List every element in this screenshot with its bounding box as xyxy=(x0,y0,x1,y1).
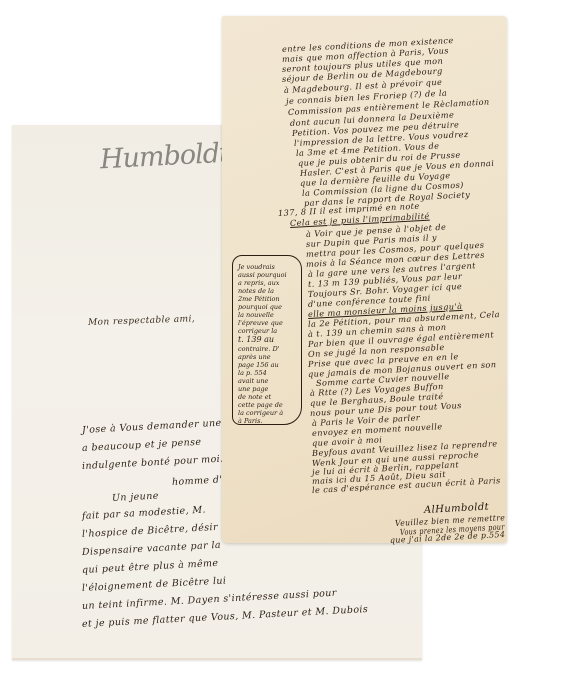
margin-note-line: notes de la xyxy=(238,287,274,295)
margin-note-line: de note et xyxy=(238,393,271,401)
left-body-line: l'hospice de Bicêtre, désir xyxy=(82,522,218,540)
margin-note-line: Je voudrais xyxy=(238,263,275,271)
margin-note-line: après une xyxy=(238,353,271,361)
pencil-humboldt-annotation: Humboldt xyxy=(99,138,229,176)
margin-note-line: à Paris. xyxy=(238,417,263,425)
margin-note-line: la p. 554 xyxy=(238,369,267,377)
margin-note-line: contraire. D' xyxy=(238,345,280,353)
salutation: Mon respectable ami, xyxy=(88,314,195,328)
left-body-line: qui peut être plus à même xyxy=(82,558,219,576)
margin-note-line: la corrigeur à xyxy=(238,409,283,417)
left-body-line: Un jeune xyxy=(112,491,159,504)
left-body-line: l'éloignement de Bicêtre lui xyxy=(82,575,227,594)
margin-note-line: aussi pourquoi xyxy=(238,271,287,279)
margin-note-line: cette page de xyxy=(238,401,283,409)
left-body-line: indulgente bonté pour moi. xyxy=(82,454,224,472)
left-body-line: fait par sa modestie, M. xyxy=(82,505,206,522)
margin-note-line: la nouvelle xyxy=(238,311,274,319)
margin-note-line: t. 139 au xyxy=(238,335,274,344)
margin-note-line: page 156 au xyxy=(238,361,279,369)
margin-note-line: a repris, aux xyxy=(238,279,279,287)
margin-note-line: pourquoi que xyxy=(238,303,282,311)
margin-note-line: avait une xyxy=(238,377,268,385)
left-body-line: Dispensaire vacante par la xyxy=(82,540,222,558)
margin-note-line: 2me Pétition xyxy=(238,295,280,303)
left-body-line: J'ose à Vous demander une fa xyxy=(82,417,235,436)
left-body-line: a beaucoup et je pense xyxy=(82,437,202,454)
margin-note-line: l'épreuve que xyxy=(238,319,283,327)
margin-note-line: corrigeur la xyxy=(238,327,277,335)
margin-note-line: une page xyxy=(238,385,268,393)
